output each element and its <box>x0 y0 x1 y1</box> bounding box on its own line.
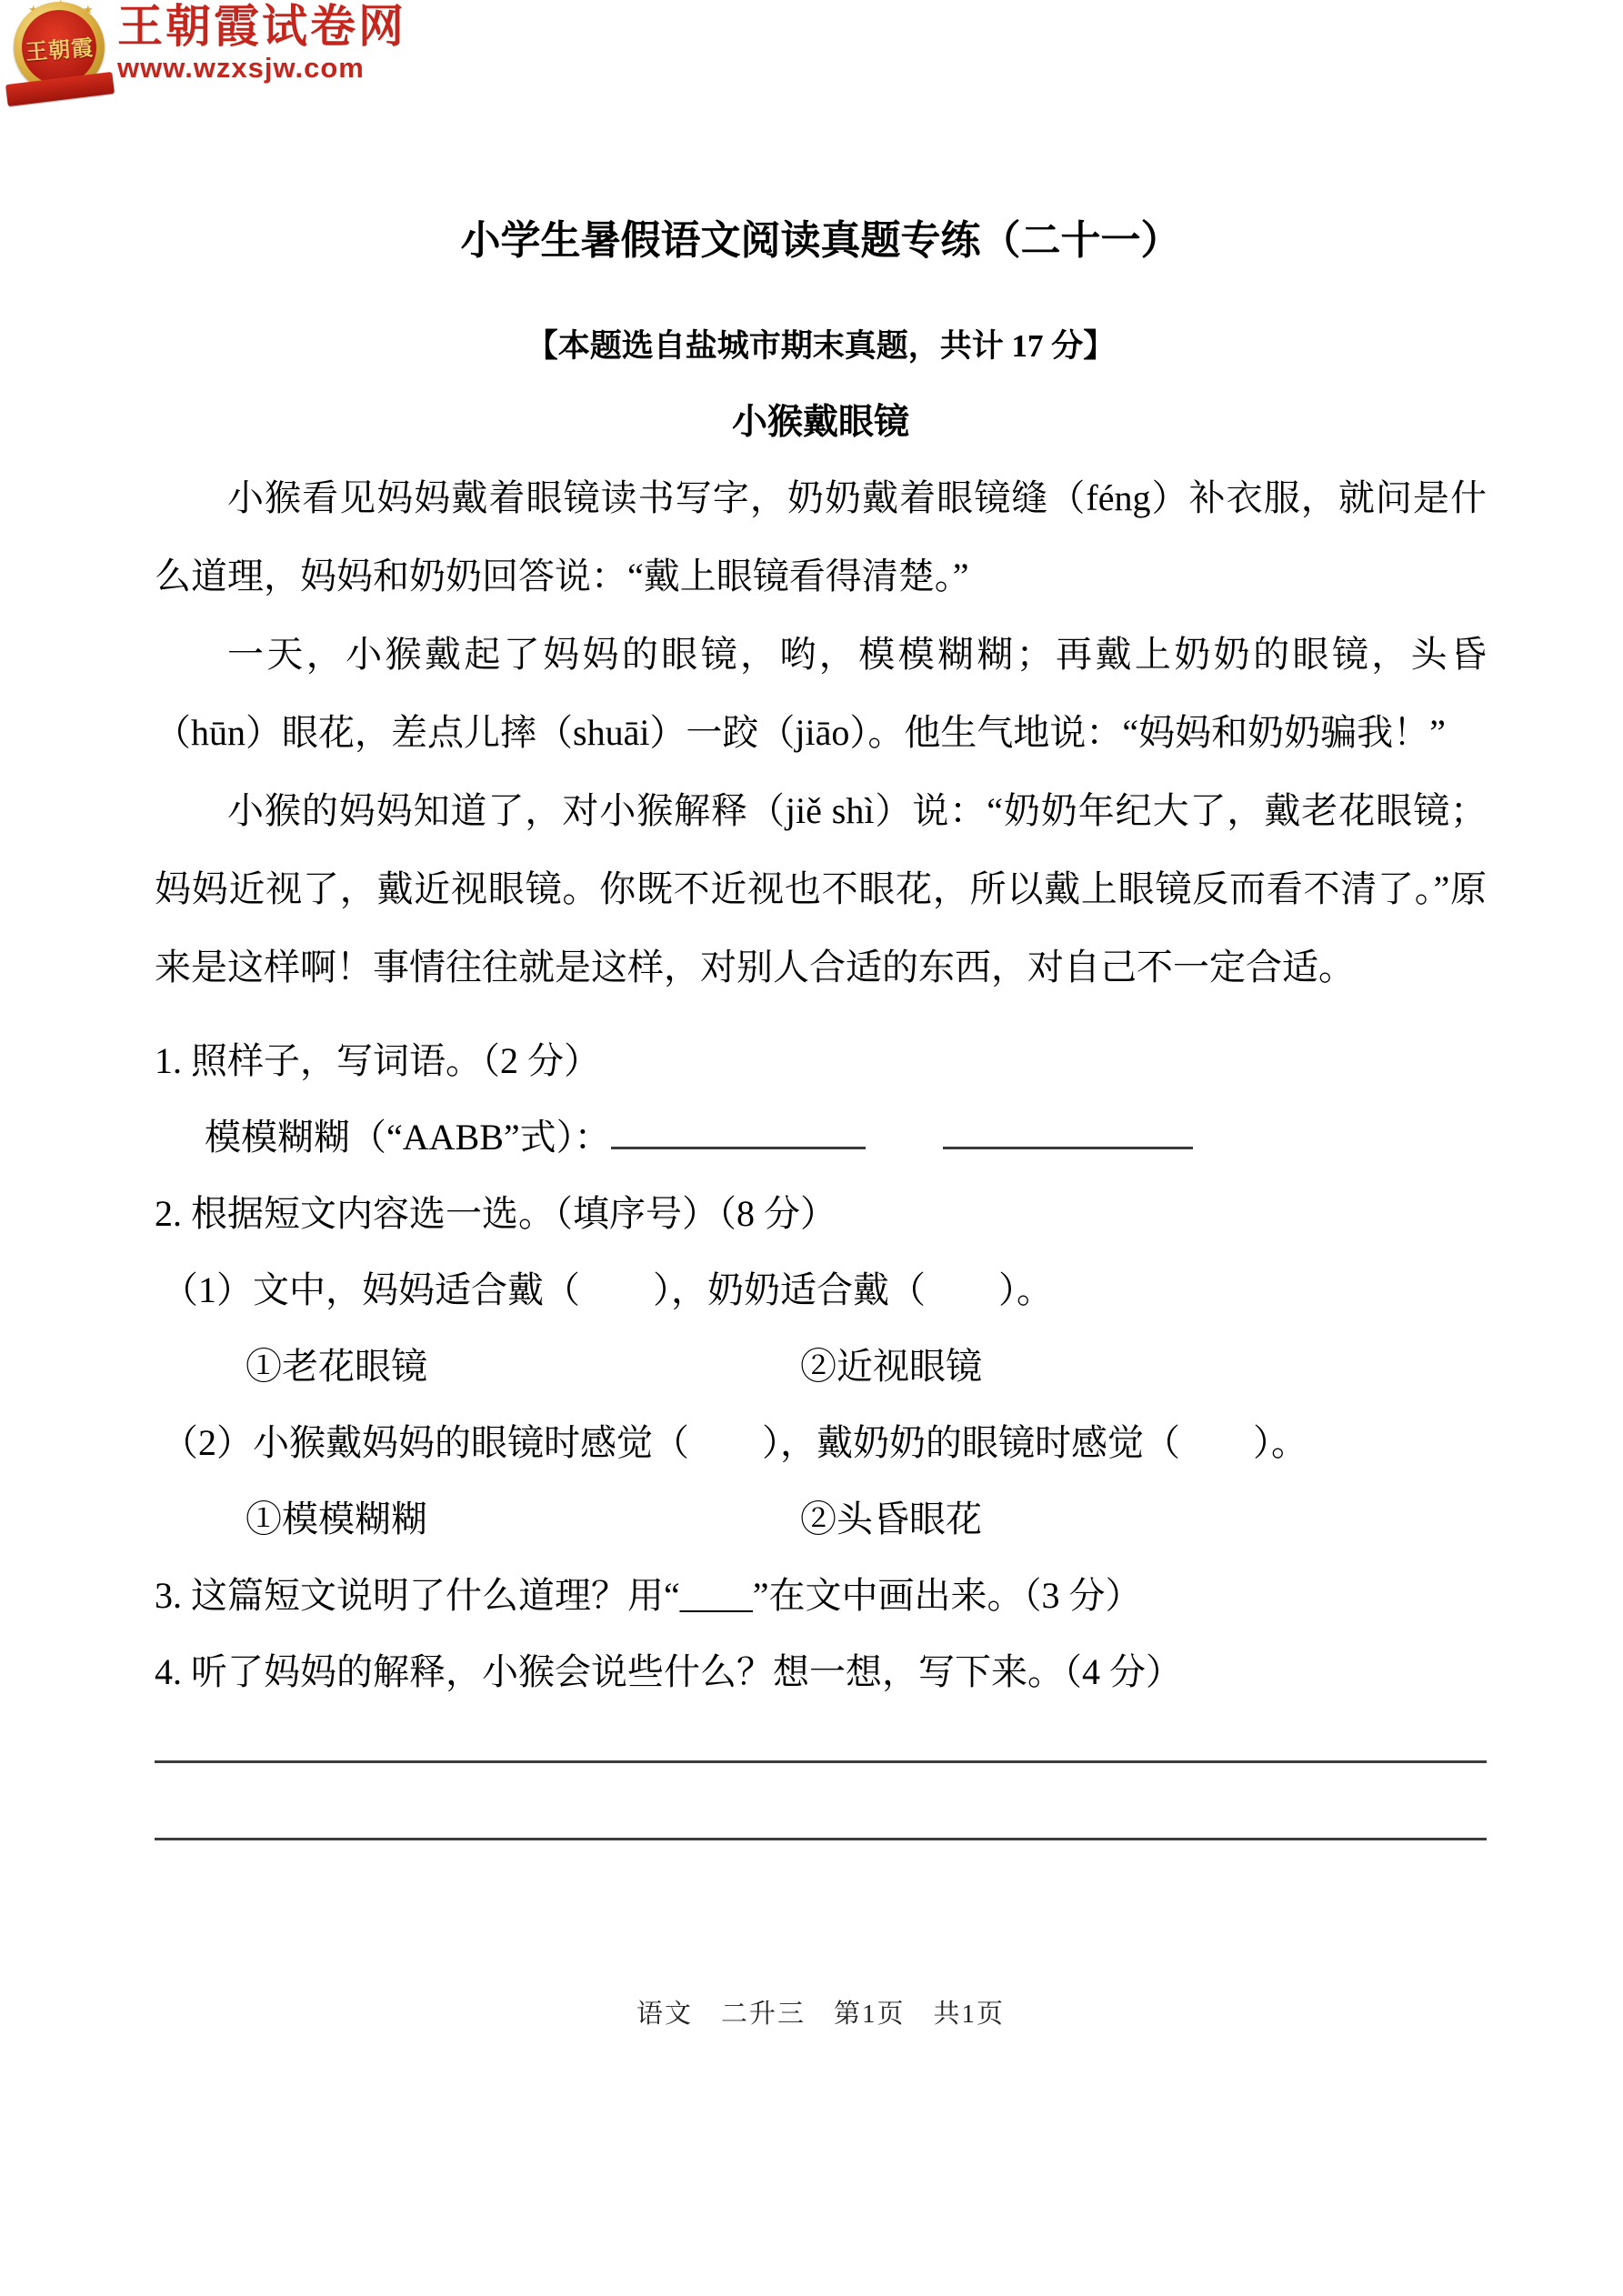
article-paragraph: 一天，小猴戴起了妈妈的眼镜，哟，模模糊糊；再戴上奶奶的眼镜，头昏（hūn）眼花，… <box>155 616 1487 772</box>
medal-badge-icon: ★ ★ ★ 王朝霞 <box>14 2 105 93</box>
question-3: 3. 这篇短文说明了什么道理？用“____”在文中画出来。（3 分） <box>155 1558 1487 1634</box>
question-2-part-2-options: ①模模糊糊②头昏眼花 <box>155 1481 1487 1558</box>
question-2-part-1-options: ①老花眼镜②近视眼镜 <box>155 1328 1487 1405</box>
brand-name: 王朝霞试卷网 <box>117 0 406 53</box>
answer-line-2 <box>155 1838 1487 1840</box>
question-4: 4. 听了妈妈的解释，小猴会说些什么？想一想，写下来。（4 分） <box>155 1634 1487 1710</box>
logo-text-block: 王朝霞试卷网 www.wzxsjw.com <box>117 0 406 84</box>
page-title: 小学生暑假语文阅读真题专练（二十一） <box>155 216 1487 265</box>
option-2: ②近视眼镜 <box>800 1346 982 1387</box>
answer-blank-1 <box>611 1108 866 1149</box>
question-2: 2. 根据短文内容选一选。（填序号）（8 分） <box>155 1176 1487 1252</box>
site-header: ★ ★ ★ 王朝霞 王朝霞试卷网 www.wzxsjw.com <box>14 0 577 105</box>
source-note: 【本题选自盐城市期末真题，共计 17 分】 <box>155 326 1487 367</box>
aabb-prompt: 模模糊糊（“AABB”式）： <box>205 1117 611 1158</box>
question-2-part-2: （2）小猴戴妈妈的眼镜时感觉（ ），戴奶奶的眼镜时感觉（ ）。 <box>155 1405 1487 1481</box>
option-2: ②头昏眼花 <box>800 1499 982 1539</box>
badge-brand-text: 王朝霞 <box>24 29 94 65</box>
page-footer: 语文 二升三 第1页 共1页 <box>155 1993 1487 2030</box>
option-1: ①模模糊糊 <box>245 1481 800 1558</box>
answer-blank-2 <box>943 1108 1193 1149</box>
option-1: ①老花眼镜 <box>245 1328 800 1405</box>
question-1: 1. 照样子，写词语。（2 分） <box>155 1023 1487 1099</box>
article-title: 小猴戴眼镜 <box>155 400 1487 446</box>
brand-logo: ★ ★ ★ 王朝霞 王朝霞试卷网 www.wzxsjw.com <box>14 0 577 93</box>
question-list: 1. 照样子，写词语。（2 分） 模模糊糊（“AABB”式）： 2. 根据短文内… <box>155 1023 1487 1710</box>
article-body: 小猴看见妈妈戴着眼镜读书写字，奶奶戴着眼镜缝（féng）补衣服，就问是什么道理，… <box>155 459 1487 1007</box>
brand-url: www.wzxsjw.com <box>117 53 406 84</box>
answer-line-1 <box>155 1760 1487 1763</box>
badge-red-core: 王朝霞 <box>22 10 96 85</box>
question-1-prompt-row: 模模糊糊（“AABB”式）： <box>155 1099 1487 1176</box>
article-paragraph: 小猴的妈妈知道了，对小猴解释（jiě shì）说：“奶奶年纪大了，戴老花眼镜；妈… <box>155 772 1487 1007</box>
exam-page: ★ ★ ★ 王朝霞 王朝霞试卷网 www.wzxsjw.com 小学生暑假语文阅… <box>0 0 1623 2296</box>
question-2-part-1: （1）文中，妈妈适合戴（ ），奶奶适合戴（ ）。 <box>155 1252 1487 1328</box>
article-paragraph: 小猴看见妈妈戴着眼镜读书写字，奶奶戴着眼镜缝（féng）补衣服，就问是什么道理，… <box>155 459 1487 616</box>
